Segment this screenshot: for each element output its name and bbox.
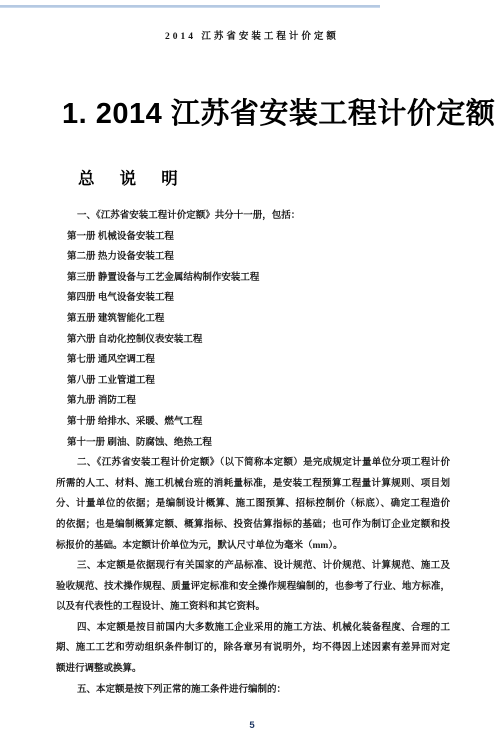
section-heading: 总 说 明 bbox=[78, 165, 185, 189]
body-line: 第十一册 刷油、防腐蚀、绝热工程 bbox=[56, 433, 450, 454]
body-line: 第九册 消防工程 bbox=[56, 391, 450, 412]
document-page: 2014 江苏省安装工程计价定额 1. 2014 江苏省安装工程计价定额 总 说… bbox=[0, 0, 504, 756]
body-line: 所需的人工、材料、施工机械台班的消耗量标准，是安装工程预算工程量计算规则、项目划 bbox=[56, 474, 450, 495]
body-line: 期、施工工艺和劳动组织条件制订的，除各章另有说明外，均不得因上述因素有差异而对定 bbox=[56, 638, 450, 659]
body-line: 的依据；也是编制概算定额、概算指标、投资估算指标的基础；也可作为制订企业定额和投 bbox=[56, 515, 450, 536]
top-accent-line bbox=[0, 5, 380, 8]
body-line: 第五册 建筑智能化工程 bbox=[56, 309, 450, 330]
body-line: 验收规范、技术操作规程、质量评定标准和安全操作规程编制的，也参考了行业、地方标准… bbox=[56, 577, 450, 598]
document-title: 1. 2014 江苏省安装工程计价定额 bbox=[62, 91, 495, 132]
body-line: 第三册 静置设备与工艺金属结构制作安装工程 bbox=[56, 268, 450, 289]
body-line: 额进行调整或换算。 bbox=[56, 659, 450, 680]
body-line: 分、计量单位的依据；是编制设计概算、施工图预算、招标控制价（标底）、确定工程造价 bbox=[56, 494, 450, 515]
running-header: 2014 江苏省安装工程计价定额 bbox=[0, 28, 504, 42]
body-line: 二、《江苏省安装工程计价定额》（以下简称本定额）是完成规定计量单位分项工程计价 bbox=[56, 453, 450, 474]
body-line: 第一册 机械设备安装工程 bbox=[56, 227, 450, 248]
body-line: 第六册 自动化控制仪表安装工程 bbox=[56, 330, 450, 351]
body-line: 以及有代表性的工程设计、施工资料和其它资料。 bbox=[56, 597, 450, 618]
body-line: 三、本定额是依据现行有关国家的产品标准、设计规范、计价规范、计算规范、施工及 bbox=[56, 556, 450, 577]
page-number: 5 bbox=[0, 720, 504, 731]
body-line: 五、本定额是按下列正常的施工条件进行编制的： bbox=[56, 680, 450, 701]
body-line: 第八册 工业管道工程 bbox=[56, 371, 450, 392]
body-text-block: 一、《江苏省安装工程计价定额》共分十一册，包括：第一册 机械设备安装工程第二册 … bbox=[56, 206, 450, 700]
body-line: 第七册 通风空调工程 bbox=[56, 350, 450, 371]
body-line: 第十册 给排水、采暖、燃气工程 bbox=[56, 412, 450, 433]
body-line: 四、本定额是按目前国内大多数施工企业采用的施工方法、机械化装备程度、合理的工 bbox=[56, 618, 450, 639]
body-line: 第二册 热力设备安装工程 bbox=[56, 247, 450, 268]
body-line: 标报价的基础。本定额计价单位为元，默认尺寸单位为毫米（mm）。 bbox=[56, 536, 450, 557]
body-line: 一、《江苏省安装工程计价定额》共分十一册，包括： bbox=[56, 206, 450, 227]
body-line: 第四册 电气设备安装工程 bbox=[56, 288, 450, 309]
